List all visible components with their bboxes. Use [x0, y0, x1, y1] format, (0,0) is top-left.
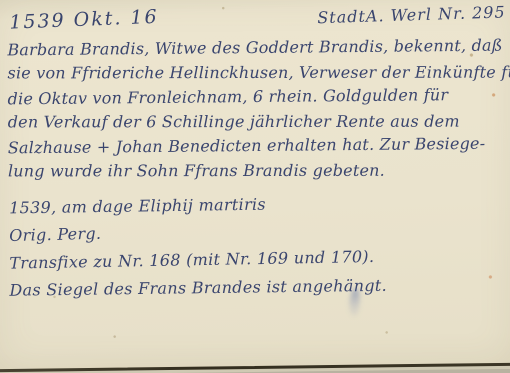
regest-text: Barbara Brandis, Witwe des Goddert Brand… — [7, 35, 500, 184]
index-card: 1539 Okt. 16 StadtA. Werl Nr. 295 Barbar… — [0, 0, 510, 371]
archive-card-photo: 1539 Okt. 16 StadtA. Werl Nr. 295 Barbar… — [0, 0, 510, 373]
regest-line: den Verkauf der 6 Schillinge jährlicher … — [8, 109, 500, 134]
document-date: 1539 Okt. 16 — [9, 6, 159, 34]
regest-line: lung wurde ihr Sohn Ffrans Brandis gebet… — [8, 158, 500, 183]
dating-line: 1539, am dage Eliphij martiris — [9, 195, 266, 218]
archive-reference: StadtA. Werl Nr. 295 — [317, 2, 506, 27]
material-note: Orig. Perg. — [9, 224, 102, 245]
seal-note: Das Siegel des Frans Brandes ist angehän… — [9, 276, 387, 300]
regest-line: sie von Ffrideriche Hellinckhusen, Verwe… — [7, 60, 499, 85]
regest-line: Barbara Brandis, Witwe des Goddert Brand… — [7, 34, 499, 63]
card-header: 1539 Okt. 16 StadtA. Werl Nr. 295 — [0, 5, 510, 7]
regest-line: die Oktav von Fronleichnam, 6 rhein. Gol… — [8, 83, 500, 112]
regest-line: Salzhause + Johan Benedicten erhalten ha… — [8, 132, 500, 161]
transfix-note: Transfixe zu Nr. 168 (mit Nr. 169 und 17… — [9, 247, 374, 273]
